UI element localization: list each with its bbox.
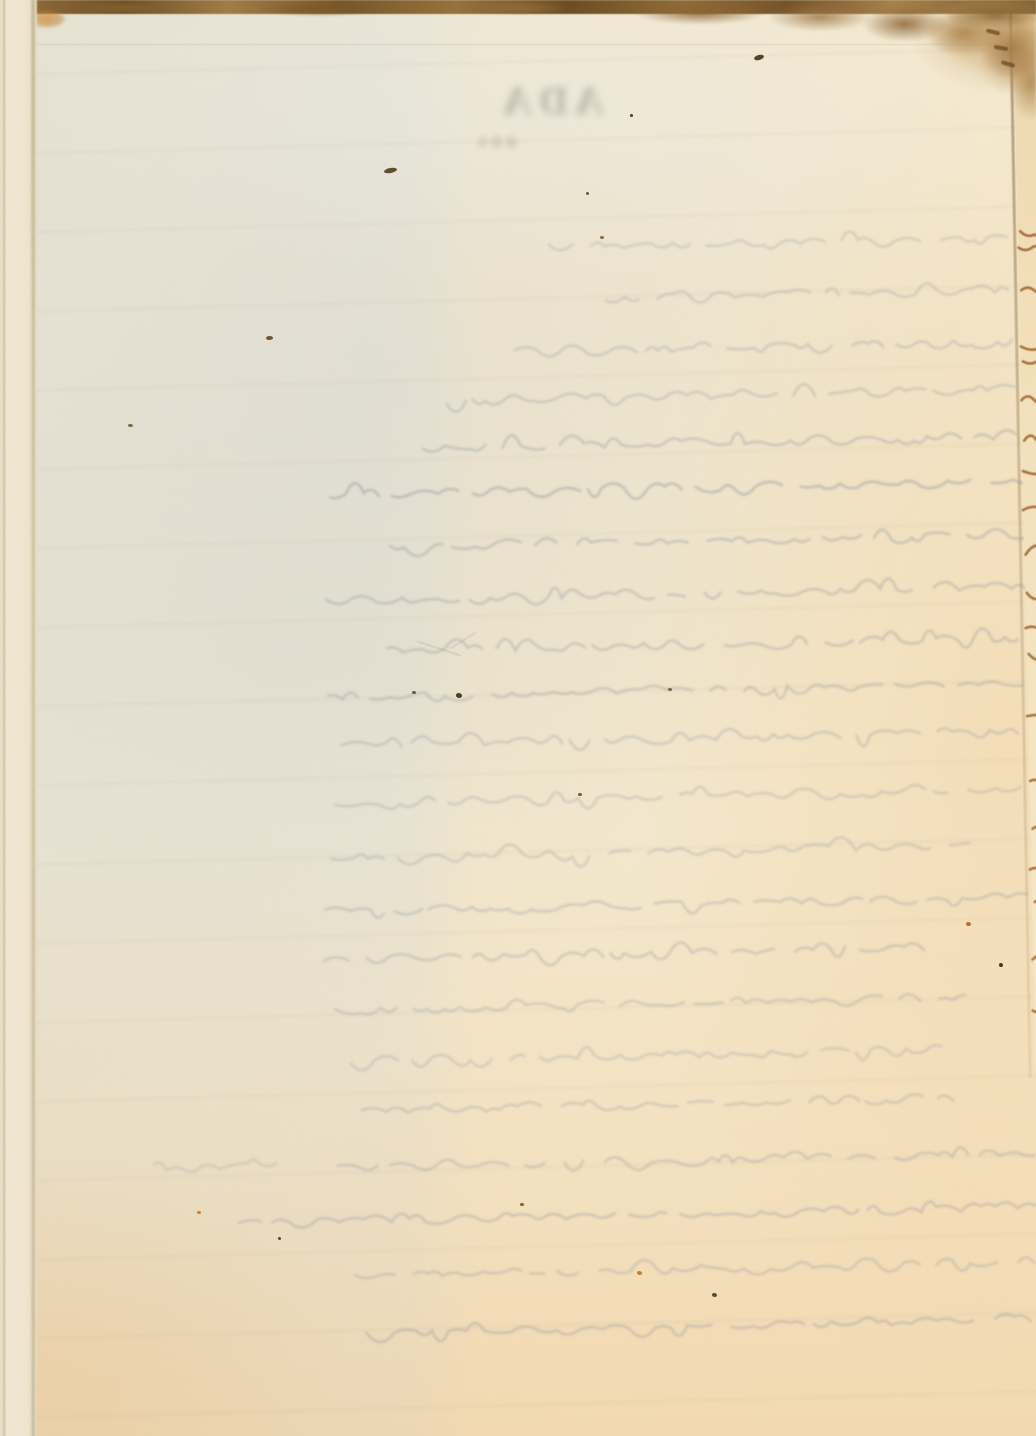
paper-grain-overlay (0, 0, 1036, 1436)
manuscript-scan-root: ADA aos (0, 0, 1036, 1436)
